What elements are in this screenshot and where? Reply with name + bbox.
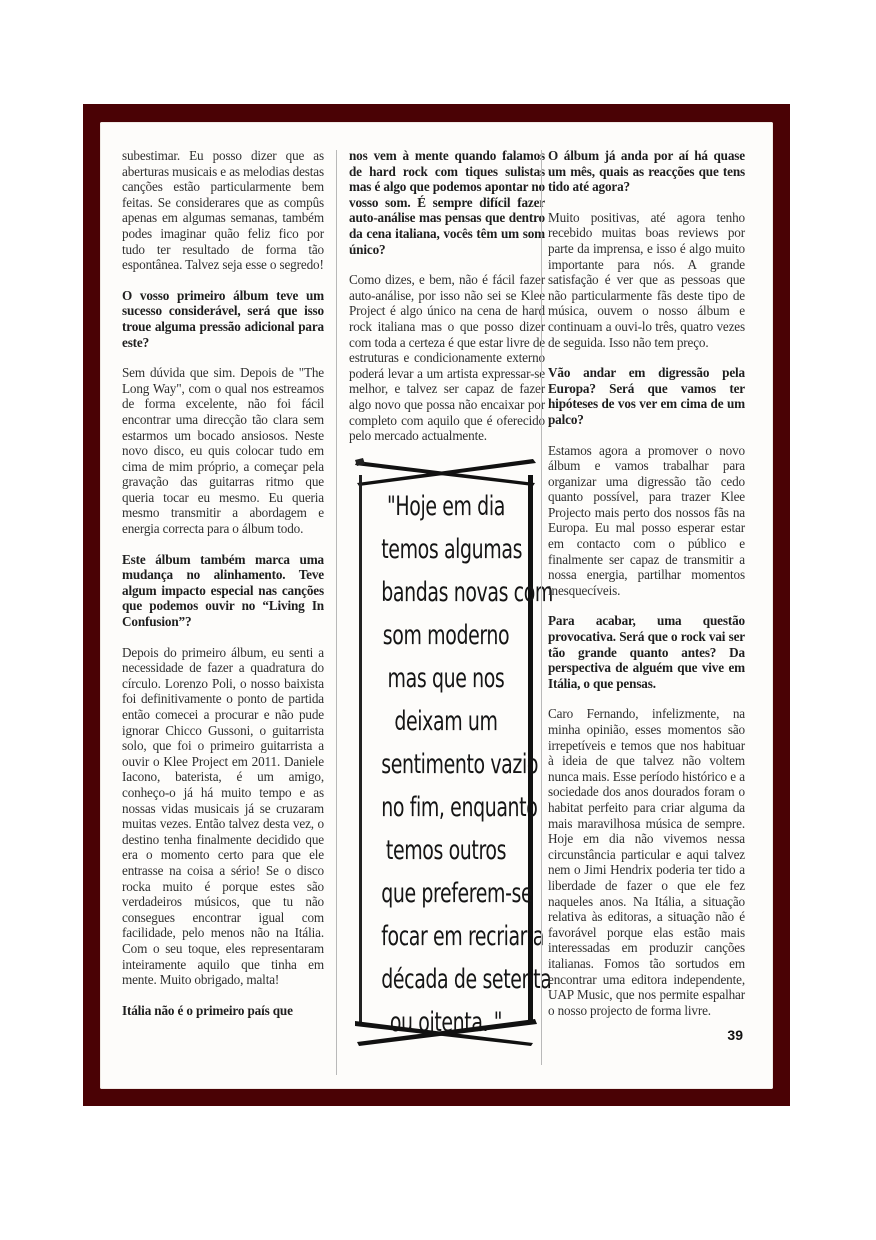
answer-paragraph: subestimar. Eu posso dizer que as abertu… <box>122 148 324 273</box>
question-heading: Vão andar em digressão pela Europa? Será… <box>548 365 745 427</box>
page-frame: subestimar. Eu posso dizer que as abertu… <box>83 104 790 1106</box>
column-divider <box>541 150 542 1065</box>
question-heading: Para acabar, uma questão provocativa. Se… <box>548 613 745 691</box>
brush-cross-bottom-icon <box>355 1017 537 1047</box>
answer-paragraph: Estamos agora a promover o novo álbum e … <box>548 443 745 599</box>
question-heading: O vosso primeiro álbum teve um sucesso c… <box>122 288 324 350</box>
page-number: 39 <box>727 1027 743 1043</box>
question-heading: nos vem à mente quando falamos de hard r… <box>349 148 545 257</box>
answer-paragraph: Como dizes, e bem, não é fácil fazer aut… <box>349 272 545 444</box>
answer-paragraph: Sem dúvida que sim. Depois de "The Long … <box>122 365 324 537</box>
answer-paragraph: Muito positivas, até agora tenho recebid… <box>548 210 745 350</box>
answer-paragraph: Caro Fernando, infelizmente, na minha op… <box>548 706 745 1018</box>
question-heading: Este álbum também marca uma mudança no a… <box>122 552 324 630</box>
column-divider <box>336 150 337 1075</box>
question-heading: O álbum já anda por aí há quase um mês, … <box>548 148 745 195</box>
pull-quote-text: "Hoje em dia temos algumas bandas novas … <box>381 485 510 1044</box>
page-panel: subestimar. Eu posso dizer que as abertu… <box>100 122 773 1089</box>
column-2: nos vem à mente quando falamos de hard r… <box>349 148 545 459</box>
pull-quote: "Hoje em dia temos algumas bandas novas … <box>355 457 537 1047</box>
answer-paragraph: Depois do primeiro álbum, eu senti a nec… <box>122 645 324 988</box>
question-heading: Itália não é o primeiro país que <box>122 1003 324 1019</box>
column-1: subestimar. Eu posso dizer que as abertu… <box>122 148 324 1033</box>
column-3: O álbum já anda por aí há quase um mês, … <box>548 148 745 1033</box>
